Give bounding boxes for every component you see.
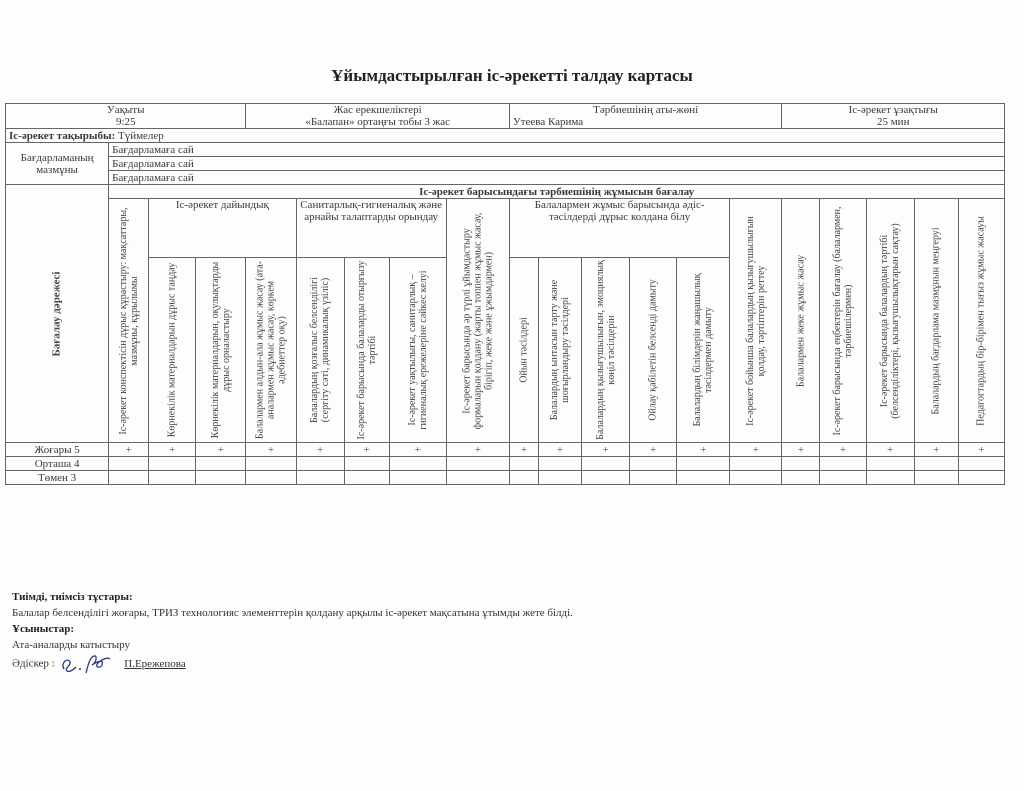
criterion-col-2: Көрнекілік материалдарын дұрыс таңдау bbox=[149, 258, 196, 443]
rating-mark bbox=[730, 457, 782, 471]
rating-mark bbox=[509, 471, 538, 485]
duration-cell: Іс-әрекет ұзақтығы 25 мин bbox=[782, 104, 1005, 129]
rating-row-high: Жоғары 5 + + + + + + + + + + + + + + + +… bbox=[6, 443, 1005, 457]
rating-mark bbox=[820, 457, 866, 471]
rating-mark: + bbox=[538, 443, 581, 457]
rating-mark bbox=[582, 457, 630, 471]
time-value: 9:25 bbox=[9, 116, 242, 128]
group-sanitary: Санитарлық-гигиеналық және арнайы талапт… bbox=[296, 199, 446, 258]
rating-mark: + bbox=[196, 443, 246, 457]
rating-mark: + bbox=[866, 443, 914, 457]
rating-mark: + bbox=[730, 443, 782, 457]
rating-mark bbox=[344, 471, 389, 485]
rating-mark bbox=[538, 457, 581, 471]
rating-mark: + bbox=[109, 443, 149, 457]
rating-mark bbox=[196, 471, 246, 485]
rating-mark bbox=[446, 457, 509, 471]
criterion-col-14: Іс-әрекет бойынша балалардың қызығушылығ… bbox=[730, 199, 782, 443]
rating-mark: + bbox=[296, 443, 344, 457]
rating-mark bbox=[509, 457, 538, 471]
rating-mark bbox=[149, 471, 196, 485]
signature-icon bbox=[58, 653, 118, 675]
rating-level-label: Бағалау дәрежесі bbox=[52, 164, 63, 464]
rating-mark: + bbox=[389, 443, 446, 457]
rating-level-header: Бағалау дәрежесі bbox=[6, 185, 109, 443]
rating-mark bbox=[149, 457, 196, 471]
rating-mark: + bbox=[958, 443, 1004, 457]
criterion-col-18: Балалардың бағдарлама мазмұнын меңгеруі bbox=[914, 199, 958, 443]
program-row: Бағдарламаға сай bbox=[6, 171, 1005, 185]
group-methods: Балалармен жұмыс барысында әдіс-тәсілдер… bbox=[509, 199, 729, 258]
rating-mark bbox=[958, 457, 1004, 471]
teacher-value: Утеева Карима bbox=[513, 116, 779, 128]
age-label: Жас ерекшеліктері bbox=[249, 104, 505, 116]
rating-mark bbox=[630, 471, 677, 485]
topic-row: Іс-әрекет тақырыбы: Түймелер bbox=[6, 129, 1005, 143]
rating-mark: + bbox=[677, 443, 730, 457]
program-item: Бағдарламаға сай bbox=[109, 171, 1005, 185]
age-cell: Жас ерекшеліктері «Балапан» ортаңғы тобы… bbox=[246, 104, 509, 129]
rating-mark bbox=[730, 471, 782, 485]
criterion-col-6: Іс-әрекет барысында балаларды отырғызу т… bbox=[344, 258, 389, 443]
rating-label: Төмен 3 bbox=[6, 471, 109, 485]
rating-mark bbox=[296, 471, 344, 485]
methodist-line: Әдіскер : П.Ережепова bbox=[12, 653, 573, 675]
rating-mark bbox=[782, 457, 820, 471]
criterion-col-4: Балалармен алдын-ала жұмыс жасау (ата-ан… bbox=[246, 258, 296, 443]
group-preparation: Іс-әрекет дайындық bbox=[149, 199, 296, 258]
rating-mark bbox=[246, 457, 296, 471]
evaluation-header-row: Бағалау дәрежесі Іс-әрекет барысындағы т… bbox=[6, 185, 1005, 199]
rating-row-low: Төмен 3 bbox=[6, 471, 1005, 485]
rating-mark bbox=[538, 471, 581, 485]
rating-mark bbox=[246, 471, 296, 485]
criterion-col-19: Педагогтардың бір-бірімен тығыз жұмыс жа… bbox=[958, 199, 1004, 443]
program-row: Бағдарламаға сай bbox=[6, 157, 1005, 171]
methodist-name: П.Ережепова bbox=[124, 658, 185, 670]
criterion-col-15: Балалармен жеке жұмыс жасау bbox=[782, 199, 820, 443]
criterion-col-1: Іс-әрекет конспектісін дұрыс құрастыру: … bbox=[109, 199, 149, 443]
rating-mark bbox=[958, 471, 1004, 485]
age-value: «Балапан» ортаңғы тобы 3 жас bbox=[249, 116, 505, 128]
info-row: Уақыты 9:25 Жас ерекшеліктері «Балапан» … bbox=[6, 104, 1005, 129]
criterion-col-3: Көрнекілік материалдарын, оқулықтарды дұ… bbox=[196, 258, 246, 443]
methodist-label: Әдіскер : bbox=[12, 658, 55, 670]
rating-mark bbox=[630, 457, 677, 471]
program-item: Бағдарламаға сай bbox=[109, 143, 1005, 157]
rating-mark: + bbox=[914, 443, 958, 457]
recommendations-text: Ата-аналарды катыстыру bbox=[12, 637, 573, 653]
criterion-col-11: Балалардың қызығушылығын, эмоциялық көңі… bbox=[582, 258, 630, 443]
footer-notes: Тиімді, тиімсіз тұстары: Балалар белсенд… bbox=[12, 589, 573, 675]
rating-mark bbox=[296, 457, 344, 471]
evaluation-group-row: Іс-әрекет конспектісін дұрыс құрастыру: … bbox=[6, 199, 1005, 258]
time-cell: Уақыты 9:25 bbox=[6, 104, 246, 129]
rating-mark bbox=[677, 457, 730, 471]
criterion-col-17: Іс-әрекет барысында балалардың тәртібі (… bbox=[866, 199, 914, 443]
topic-label: Іс-әрекет тақырыбы: bbox=[9, 130, 115, 142]
rating-mark bbox=[866, 457, 914, 471]
criterion-col-13: Балалардың білімдерін жаңашылық тәсілдер… bbox=[677, 258, 730, 443]
rating-row-medium: Орташа 4 bbox=[6, 457, 1005, 471]
rating-mark bbox=[866, 471, 914, 485]
rating-mark: + bbox=[630, 443, 677, 457]
evaluation-main-header: Іс-әрекет барысындағы тәрбиешінің жұмысы… bbox=[109, 185, 1005, 199]
teacher-cell: Тәрбиешінің аты-жөні Утеева Карима bbox=[509, 104, 782, 129]
rating-mark: + bbox=[149, 443, 196, 457]
topic-value: Түймелер bbox=[118, 130, 164, 142]
rating-mark bbox=[109, 457, 149, 471]
program-item: Бағдарламаға сай bbox=[109, 157, 1005, 171]
duration-value: 25 мин bbox=[785, 116, 1001, 128]
criterion-col-16: Іс-әрекет барысында еңбектерін бағалау (… bbox=[820, 199, 866, 443]
rating-mark bbox=[820, 471, 866, 485]
rating-mark bbox=[782, 471, 820, 485]
rating-mark: + bbox=[246, 443, 296, 457]
criterion-col-9: Ойын тәсілдері bbox=[509, 258, 538, 443]
strengths-label: Тиімді, тиімсіз тұстары: bbox=[12, 589, 573, 605]
rating-mark bbox=[446, 471, 509, 485]
rating-mark bbox=[389, 457, 446, 471]
duration-label: Іс-әрекет ұзақтығы bbox=[785, 104, 1001, 116]
program-row: Бағдарламаның мазмұны Бағдарламаға сай bbox=[6, 143, 1005, 157]
analysis-table: Уақыты 9:25 Жас ерекшеліктері «Балапан» … bbox=[5, 103, 1005, 485]
page-title: Ұйымдастырылған іс-әрекетті талдау карта… bbox=[0, 66, 1024, 86]
rating-mark bbox=[582, 471, 630, 485]
rating-mark bbox=[196, 457, 246, 471]
criterion-col-5: Балалардың қозғалыс белсенділігі (сергіт… bbox=[296, 258, 344, 443]
rating-mark bbox=[677, 471, 730, 485]
criterion-col-10: Балалардың ынтасын тарту және шоғырланды… bbox=[538, 258, 581, 443]
rating-mark: + bbox=[782, 443, 820, 457]
strengths-text: Балалар белсенділігі жоғары, ТРИЗ технол… bbox=[12, 605, 573, 621]
rating-mark: + bbox=[446, 443, 509, 457]
rating-mark bbox=[344, 457, 389, 471]
rating-mark: + bbox=[509, 443, 538, 457]
time-label: Уақыты bbox=[9, 104, 242, 116]
recommendations-label: Ұсыныстар: bbox=[12, 621, 573, 637]
rating-mark bbox=[109, 471, 149, 485]
criterion-col-12: Ойлау қабілетін белсенді дамыту bbox=[630, 258, 677, 443]
criterion-col-7: Іс-әрекет уақтылығы, санитарлық – гигиен… bbox=[389, 258, 446, 443]
rating-mark bbox=[914, 471, 958, 485]
rating-mark: + bbox=[344, 443, 389, 457]
rating-mark bbox=[389, 471, 446, 485]
rating-mark bbox=[914, 457, 958, 471]
teacher-label: Тәрбиешінің аты-жөні bbox=[513, 104, 779, 116]
criterion-col-8: Іс-әрекет барысында әр түрлі ұйымдастыру… bbox=[446, 199, 509, 443]
rating-mark: + bbox=[820, 443, 866, 457]
rating-mark: + bbox=[582, 443, 630, 457]
